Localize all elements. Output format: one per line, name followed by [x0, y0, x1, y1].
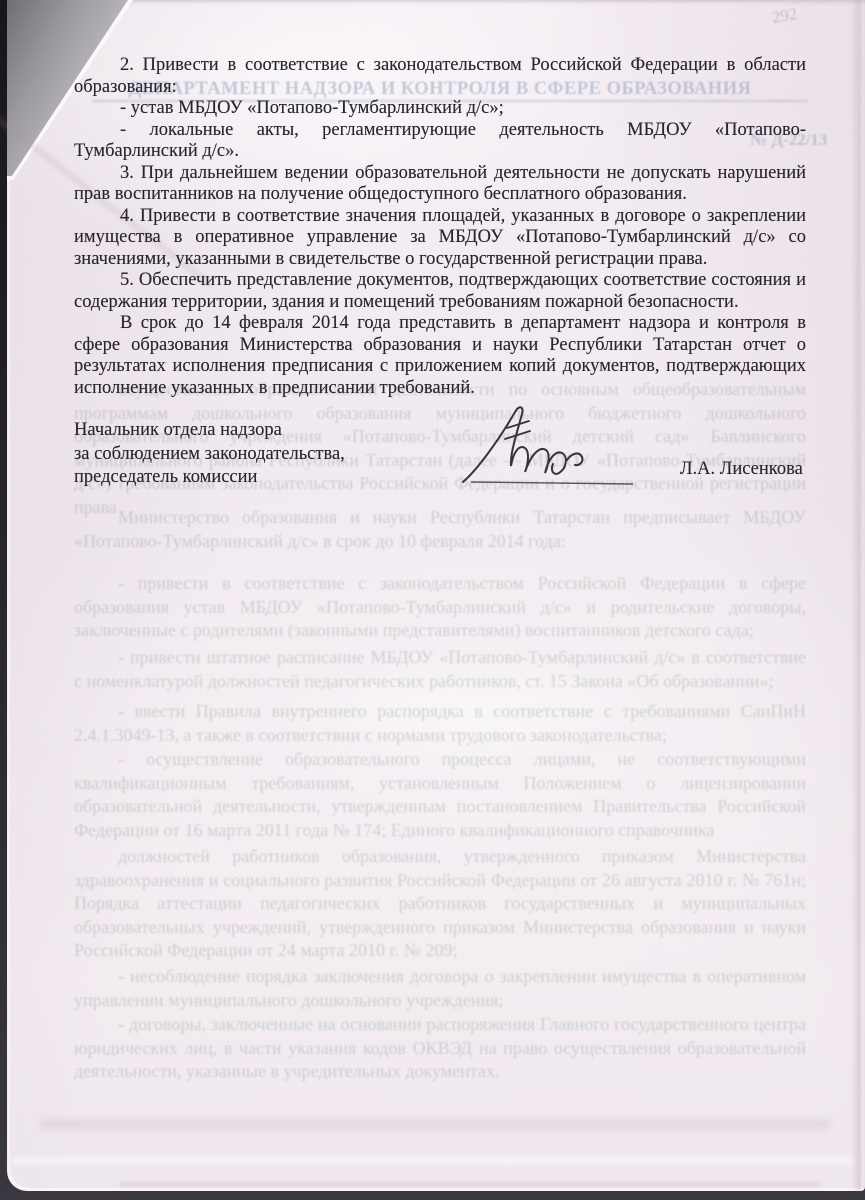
- signature-underline: [471, 482, 633, 484]
- bleedthrough-paragraph: - договоры, заключенные на основании рас…: [74, 1013, 806, 1084]
- signatory-line: за соблюдением законодательства,: [74, 443, 345, 467]
- paragraph: 4. Привести в соответствие значения площ…: [74, 206, 806, 271]
- signature-stroke: [567, 453, 582, 465]
- bleedthrough-paragraph: - привести штатное расписание МБДОУ «Пот…: [74, 646, 806, 693]
- paragraph: - локальные акты, регламентирующие деяте…: [74, 120, 806, 163]
- signature-stroke: [463, 407, 566, 482]
- signatory-line: Начальник отдела надзора: [74, 419, 345, 443]
- paragraph: 5. Обеспечить представление документов, …: [74, 270, 806, 313]
- paragraph: - устав МБДОУ «Потапово-Тумбарлинский д/…: [74, 98, 806, 120]
- paragraph: 3. При дальнейшем ведении образовательно…: [74, 163, 806, 206]
- paragraph: В срок до 14 февраля 2014 года представи…: [74, 313, 806, 399]
- signer-name: Л.А. Лисенкова: [680, 459, 803, 480]
- bleedthrough-paragraph: - привести в соответствие с законодатель…: [74, 572, 806, 643]
- bleedthrough-paragraph: должностей работников образования, утвер…: [74, 845, 806, 963]
- signature-ink: [455, 398, 655, 493]
- bleedthrough-paragraph: Министерство образования и науки Республ…: [74, 506, 806, 553]
- bleedthrough-paragraph: - ввести Правила внутреннего распорядка …: [74, 700, 806, 747]
- signatory-line: председатель комиссии: [74, 466, 345, 490]
- bleedthrough-paragraph: - осуществление образовательного процесс…: [74, 748, 806, 842]
- bleedthrough-paragraph: - несоблюдение порядка заключения догово…: [74, 965, 806, 1012]
- scanned-document: 292 ДЕПАРТАМЕНТ НАДЗОРА И КОНТРОЛЯ В СФЕ…: [0, 0, 865, 1200]
- signatory-block: Начальник отдела надзора за соблюдением …: [74, 419, 345, 490]
- document-body: 2. Привести в соответствие с законодател…: [74, 55, 806, 399]
- paragraph: 2. Привести в соответствие с законодател…: [74, 55, 806, 98]
